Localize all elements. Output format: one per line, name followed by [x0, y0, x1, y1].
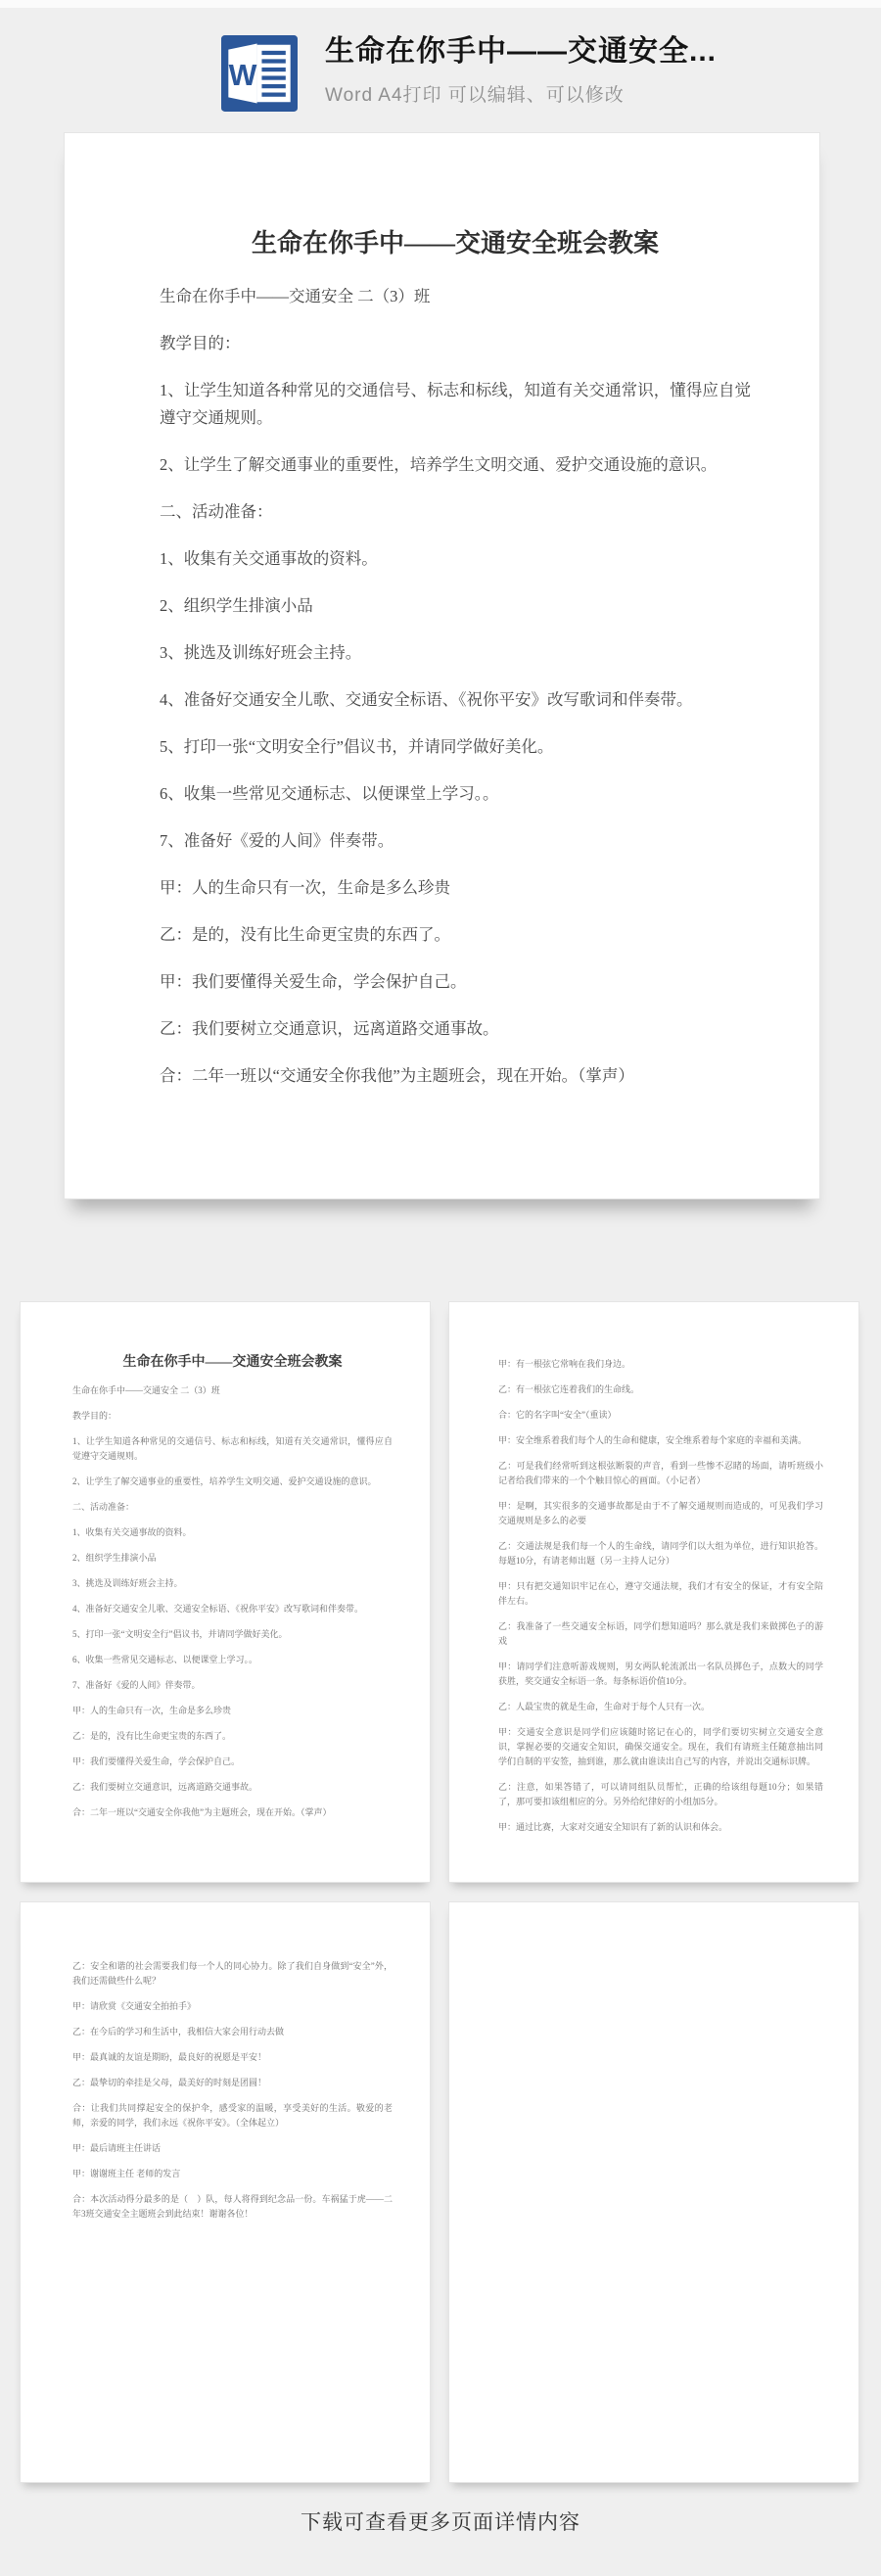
doc-paragraph: 乙：安全和谐的社会需要我们每一个人的同心协力。除了我们自身做到“安全”外，我们还…: [72, 1959, 393, 1989]
doc-paragraph: 2、让学生了解交通事业的重要性，培养学生文明交通、爱护交通设施的意识。: [160, 451, 751, 479]
doc-paragraph: 乙：是的，没有比生命更宝贵的东西了。: [160, 921, 751, 949]
doc-paragraph: 合：二年一班以“交通安全你我他”为主题班会，现在开始。（掌声）: [72, 1805, 393, 1820]
doc-paragraph: 乙：有一根弦它连着我们的生命线。: [498, 1382, 823, 1397]
doc-paragraph: 4、准备好交通安全儿歌、交通安全标语、《祝你平安》改写歌词和伴奏带。: [160, 686, 751, 714]
document-meta: Word A4打印 可以编辑、可以修改: [325, 80, 717, 107]
doc-page-body: 生命在你手中——交通安全 二（3）班教学目的：1、让学生知道各种常见的交通信号、…: [72, 1383, 393, 1820]
doc-paragraph: 甲：交通安全意识是同学们应该随时铭记在心的，同学们要切实树立交通安全意识，掌握必…: [498, 1725, 823, 1769]
doc-paragraph: 甲：最后请班主任讲话: [72, 2141, 393, 2156]
doc-page-title: 生命在你手中——交通安全班会教案: [160, 229, 751, 258]
main-page-preview[interactable]: 生命在你手中——交通安全班会教案 生命在你手中——交通安全 二（3）班教学目的：…: [64, 132, 820, 1199]
page-thumbnail-3[interactable]: 乙：安全和谐的社会需要我们每一个人的同心协力。除了我们自身做到“安全”外，我们还…: [20, 1901, 431, 2483]
doc-paragraph: 乙：最挚切的牵挂是父母，最美好的时刻是团圆！: [72, 2076, 393, 2090]
page-thumbnail-1[interactable]: 生命在你手中——交通安全班会教案 生命在你手中——交通安全 二（3）班教学目的：…: [20, 1301, 431, 1883]
doc-paragraph: 甲：我们要懂得关爱生命，学会保护自己。: [72, 1755, 393, 1769]
doc-paragraph: 甲：是啊，其实很多的交通事故都是由于不了解交通规则而造成的，可见我们学习交通规则…: [498, 1499, 823, 1528]
doc-paragraph: 甲：有一根弦它常响在我们身边。: [498, 1357, 823, 1372]
word-icon-letter: W: [229, 59, 257, 92]
doc-paragraph: 二、活动准备：: [72, 1500, 393, 1515]
doc-paragraph: 甲：人的生命只有一次，生命是多么珍贵: [72, 1704, 393, 1718]
page-thumbnail-2[interactable]: 甲：有一根弦它常响在我们身边。乙：有一根弦它连着我们的生命线。合：它的名字叫“安…: [448, 1301, 859, 1883]
doc-paragraph: 乙：是的，没有比生命更宝贵的东西了。: [72, 1729, 393, 1744]
doc-paragraph: 甲：人的生命只有一次，生命是多么珍贵: [160, 874, 751, 902]
doc-paragraph: 生命在你手中——交通安全 二（3）班: [160, 283, 751, 310]
header-text: 生命在你手中——交通安全... Word A4打印 可以编辑、可以修改: [325, 33, 717, 107]
word-icon: W: [221, 35, 298, 112]
doc-paragraph: 乙：我们要树立交通意识，远离道路交通事故。: [72, 1780, 393, 1795]
document-title: 生命在你手中——交通安全...: [325, 33, 717, 70]
doc-paragraph: 合：二年一班以“交通安全你我他”为主题班会，现在开始。（掌声）: [160, 1062, 751, 1090]
doc-paragraph: 5、打印一张“文明安全行”倡议书，并请同学做好美化。: [72, 1627, 393, 1642]
doc-paragraph: 甲：通过比赛，大家对交通安全知识有了新的认识和体会。: [498, 1820, 823, 1835]
doc-paragraph: 4、准备好交通安全儿歌、交通安全标语、《祝你平安》改写歌词和伴奏带。: [72, 1602, 393, 1616]
footer-note: 下载可查看更多页面详情内容: [0, 2506, 881, 2536]
page-thumbnail-4[interactable]: [448, 1901, 859, 2483]
doc-paragraph: 甲：请欣赏《交通安全拍拍手》: [72, 1999, 393, 2014]
doc-paragraph: 甲：只有把交通知识牢记在心，遵守交通法规，我们才有安全的保证，才有安全陪伴左右。: [498, 1579, 823, 1609]
doc-paragraph: 5、打印一张“文明安全行”倡议书，并请同学做好美化。: [160, 733, 751, 761]
doc-paragraph: 6、收集一些常见交通标志、以便课堂上学习。。: [72, 1653, 393, 1667]
doc-page-body: 乙：安全和谐的社会需要我们每一个人的同心协力。除了我们自身做到“安全”外，我们还…: [72, 1959, 393, 2222]
doc-paragraph: 3、挑选及训练好班会主持。: [72, 1576, 393, 1591]
doc-paragraph: 7、准备好《爱的人间》伴奏带。: [72, 1678, 393, 1693]
doc-paragraph: 2、组织学生排演小品: [72, 1551, 393, 1566]
doc-page-body: 生命在你手中——交通安全 二（3）班教学目的：1、让学生知道各种常见的交通信号、…: [160, 283, 751, 1090]
doc-paragraph: 6、收集一些常见交通标志、以便课堂上学习。。: [160, 780, 751, 808]
doc-paragraph: 2、让学生了解交通事业的重要性，培养学生文明交通、爱护交通设施的意识。: [72, 1475, 393, 1489]
doc-paragraph: 乙：人最宝贵的就是生命，生命对于每个人只有一次。: [498, 1700, 823, 1714]
doc-paragraph: 乙：注意，如果答错了，可以请同组队员帮忙，正确的给该组每题10分；如果错了，那可…: [498, 1780, 823, 1809]
doc-paragraph: 1、让学生知道各种常见的交通信号、标志和标线，知道有关交通常识，懂得应自觉遵守交…: [72, 1434, 393, 1464]
page: W 生命在你手中——交通安全... Word A4打印 可以编辑、可以修改 生命…: [0, 0, 881, 2576]
doc-paragraph: 合：让我们共同撑起安全的保护伞，感受家的温暖，享受美好的生活。敬爱的老师，亲爱的…: [72, 2101, 393, 2131]
doc-paragraph: 生命在你手中——交通安全 二（3）班: [72, 1383, 393, 1398]
doc-paragraph: 1、让学生知道各种常见的交通信号、标志和标线，知道有关交通常识，懂得应自觉遵守交…: [160, 377, 751, 432]
doc-paragraph: 甲：安全维系着我们每个人的生命和健康，安全维系着每个家庭的幸福和美满。: [498, 1433, 823, 1448]
doc-paragraph: 2、组织学生排演小品: [160, 592, 751, 620]
top-strip: [0, 0, 881, 8]
doc-paragraph: 甲：最真诚的友谊是期盼，最良好的祝愿是平安！: [72, 2050, 393, 2065]
doc-paragraph: 1、收集有关交通事故的资料。: [160, 545, 751, 573]
doc-paragraph: 7、准备好《爱的人间》伴奏带。: [160, 827, 751, 855]
doc-paragraph: 甲：我们要懂得关爱生命，学会保护自己。: [160, 968, 751, 996]
doc-paragraph: 乙：我准备了一些交通安全标语，同学们想知道吗？那么就是我们来做掷色子的游戏: [498, 1619, 823, 1649]
doc-paragraph: 二、活动准备：: [160, 498, 751, 526]
doc-paragraph: 甲：谢谢班主任 老师的发言: [72, 2167, 393, 2181]
doc-paragraph: 乙：可是我们经常听到这根弦断裂的声音，看到一些惨不忍睹的场面，请听班级小记者给我…: [498, 1459, 823, 1488]
doc-paragraph: 合：它的名字叫“安全”（重读）: [498, 1408, 823, 1423]
doc-paragraph: 教学目的：: [160, 330, 751, 357]
doc-paragraph: 3、挑选及训练好班会主持。: [160, 639, 751, 667]
doc-paragraph: 教学目的：: [72, 1409, 393, 1424]
doc-page-body: 甲：有一根弦它常响在我们身边。乙：有一根弦它连着我们的生命线。合：它的名字叫“安…: [498, 1357, 823, 1835]
doc-paragraph: 乙：在今后的学习和生活中，我相信大家会用行动去做: [72, 2025, 393, 2039]
doc-page-title: 生命在你手中——交通安全班会教案: [72, 1354, 393, 1371]
doc-paragraph: 合：本次活动得分最多的是（ ）队，每人将得到纪念品一份。车祸猛于虎——二年3班交…: [72, 2192, 393, 2222]
doc-paragraph: 1、收集有关交通事故的资料。: [72, 1525, 393, 1540]
doc-paragraph: 乙：我们要树立交通意识，远离道路交通事故。: [160, 1015, 751, 1043]
doc-paragraph: 甲：请同学们注意听游戏规则，男女两队轮流派出一名队员掷色子，点数大的同学获胜，奖…: [498, 1660, 823, 1689]
doc-paragraph: 乙：交通法规是我们每一个人的生命线，请同学们以大组为单位，进行知识抢答。每题10…: [498, 1539, 823, 1569]
